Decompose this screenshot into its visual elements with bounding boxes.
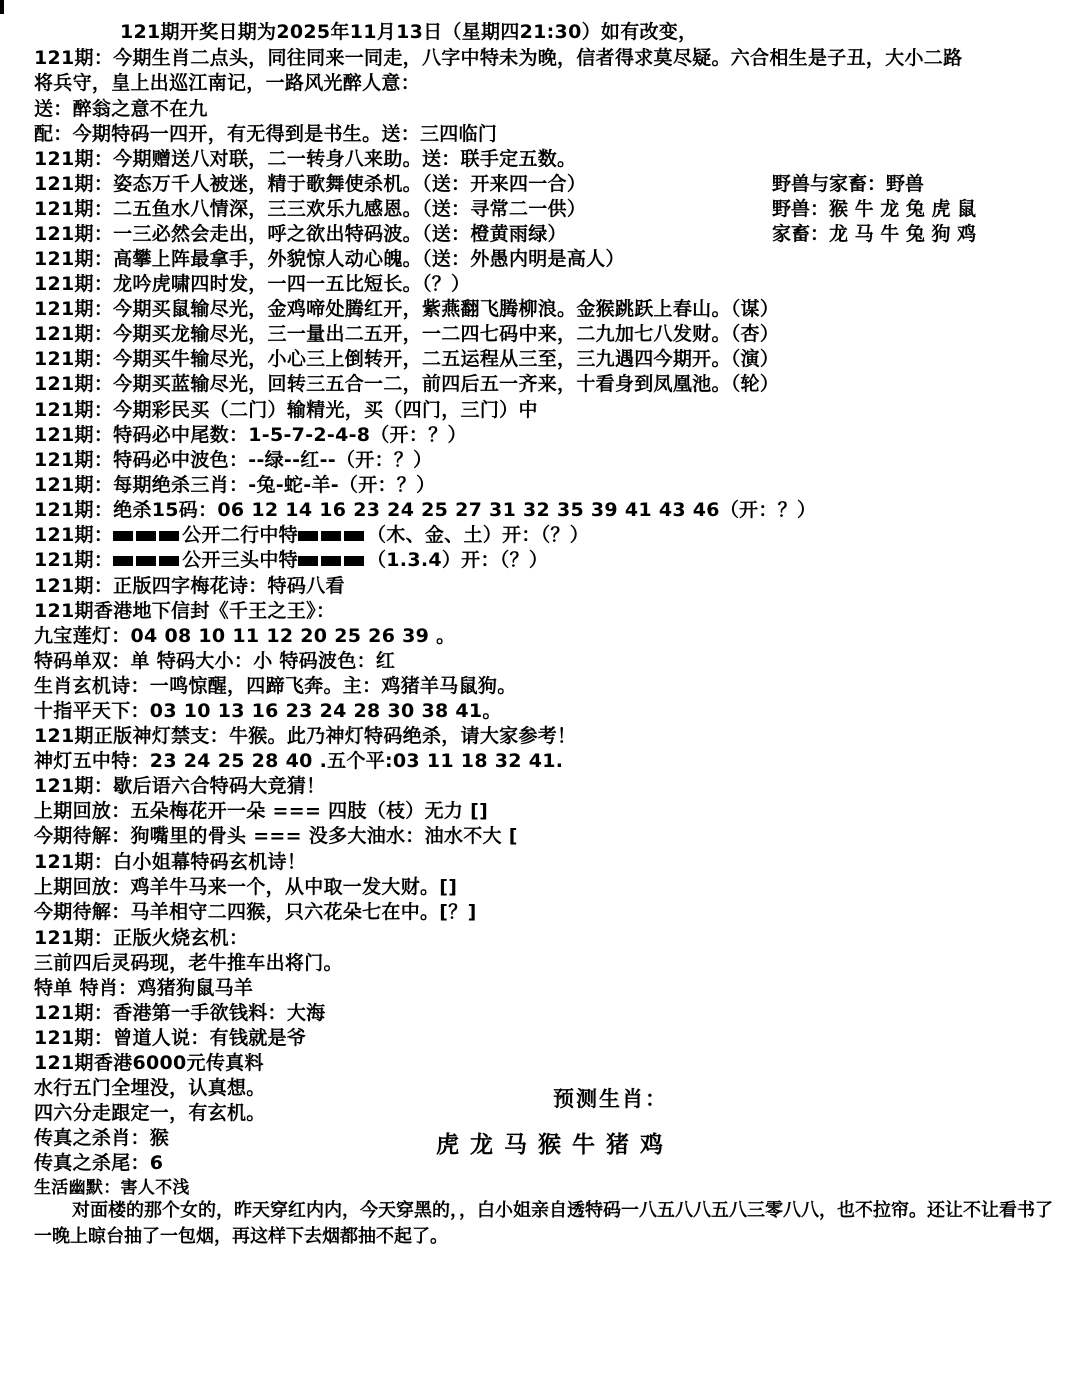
- text-line: 将兵守，皇上出巡江南记，一路风光醉人意：: [34, 71, 420, 96]
- text-line: 121期：高攀上阵最拿手，外貌惊人动心魄。（送：外愚内明是高人）: [34, 247, 625, 272]
- text-line: 121期：正版火烧玄机：: [34, 926, 248, 951]
- text-line: 生肖玄机诗：一鸣惊醒，四蹄飞奔。主：鸡猪羊马鼠狗。: [34, 674, 517, 699]
- wild-domestic-box: 野兽与家畜：野兽 野兽：猴 牛 龙 兔 虎 鼠 家畜：龙 马 牛 兔 狗 鸡: [772, 172, 976, 247]
- text-line: 121期：正版四字梅花诗：特码八看: [34, 574, 345, 599]
- text-line: 121期：白小姐幕特码玄机诗！: [34, 850, 306, 875]
- text-line: 121期：今期赠送八对联，二一转身八来助。送：联手定五数。: [34, 147, 576, 172]
- text-line: 121期：龙吟虎啸四时发，一四一五比短长。（？）: [34, 272, 470, 297]
- text-line: 121期：二五鱼水八情深，三三欢乐九感恩。（送：寻常二一供）: [34, 197, 586, 222]
- text-line: 送：醉翁之意不在九: [34, 97, 208, 122]
- text-line: 配：今期特码一四开，有无得到是书生。送：三四临门: [34, 122, 497, 147]
- text-line: 上期回放：五朵梅花开一朵 === 四肢（枝）无力 []: [34, 799, 488, 824]
- text-line: 三前四后灵码现，老牛推车出将门。: [34, 951, 343, 976]
- text-line: 121期：特码必中尾数：1-5-7-2-4-8（开：？）: [34, 423, 467, 448]
- text-line: 121期：今期买牛输尽光，小心三上倒转开，二五运程从三至，三九遇四今期开。（演）: [34, 347, 779, 372]
- text-line: 上期回放：鸡羊牛马来一个，从中取一发大财。[]: [34, 875, 457, 900]
- text-line: 传真之杀肖：猴: [34, 1126, 169, 1151]
- wild-animals-list: 野兽：猴 牛 龙 兔 虎 鼠: [772, 197, 976, 222]
- text-line: 传真之杀尾：6: [34, 1151, 163, 1176]
- text-line: 121期：绝杀15码：06 12 14 16 23 24 25 27 31 32…: [34, 498, 816, 523]
- text-line: 121期：香港第一手欲钱料：大海: [34, 1001, 325, 1026]
- bar-line-middle: 公开三头中特: [182, 549, 298, 571]
- text-line: 121期正版神灯禁支：牛猴。此乃神灯特码绝杀，请大家参考！: [34, 724, 576, 749]
- text-line: 121期：姿态万千人被迷，精于歌舞使杀机。（送：开来四一合）: [34, 172, 586, 197]
- domestic-animals-list: 家畜：龙 马 牛 兔 狗 鸡: [772, 222, 976, 247]
- text-line: 特单 特肖：鸡猪狗鼠马羊: [34, 976, 253, 1001]
- bar-line-suffix: （木、金、土）开：（？）: [367, 524, 589, 546]
- text-line: 121期香港6000元传真料: [34, 1051, 264, 1076]
- text-line: 特码单双：单 特码大小：小 特码波色：红: [34, 649, 395, 674]
- wild-domestic-title: 野兽与家畜：野兽: [772, 172, 976, 197]
- bar-line-middle: 公开二行中特: [182, 524, 298, 546]
- text-line: 十指平天下：03 10 13 16 23 24 28 30 38 41。: [34, 699, 502, 724]
- text-line: 121期：今期生肖二点头，同往同来一同走，八字中特未为晚，信者得求莫尽疑。六合相…: [34, 46, 962, 71]
- text-line: 121期：今期买鼠输尽光，金鸡啼处腾红开，紫燕翻飞腾柳浪。金猴跳跃上春山。（谋）: [34, 297, 779, 322]
- redacted-bars-icon: [113, 523, 182, 548]
- prediction-title: 预测生肖：: [553, 1083, 668, 1113]
- redacted-bars-icon: [298, 523, 367, 548]
- period-label: 121期：: [34, 524, 113, 546]
- draw-date-header: 121期开奖日期为2025年11月13日（星期四21:30）如有改变，: [120, 20, 697, 45]
- text-line: 121期：今期彩民买（二门）输精光，买（四门，三门）中: [34, 398, 538, 423]
- bar-line: 121期：公开三头中特（1.3.4）开：（？）: [34, 548, 548, 573]
- text-line: 九宝莲灯：04 08 10 11 12 20 25 26 39 。: [34, 624, 455, 649]
- bar-line-suffix: （1.3.4）开：（？）: [367, 549, 548, 571]
- text-line: 121期：今期买蓝输尽光，回转三五合一二，前四后五一齐来，十看身到凤凰池。（轮）: [34, 372, 779, 397]
- text-line: 121期香港地下信封《千王之王》：: [34, 599, 335, 624]
- humor-story: 对面楼的那个女的，昨天穿红内内，今天穿黑的，，白小姐亲自透特码一八五八八五八三零…: [34, 1198, 1070, 1250]
- text-line: 四六分走跟定一，有玄机。: [34, 1101, 266, 1126]
- bar-line: 121期：公开二行中特（木、金、土）开：（？）: [34, 523, 589, 548]
- text-line: 神灯五中特：23 24 25 28 40 .五个平:03 11 18 32 41…: [34, 749, 563, 774]
- period-label: 121期：: [34, 549, 113, 571]
- prediction-animals: 虎龙马猴牛猪鸡: [436, 1126, 674, 1159]
- corner-mark: [0, 0, 4, 14]
- text-line: 121期：一三必然会走出，呼之欲出特码波。（送：橙黄雨绿）: [34, 222, 567, 247]
- redacted-bars-icon: [298, 548, 367, 573]
- text-line: 今期待解：马羊相守二四猴，只六花朵七在中。[？]: [34, 900, 477, 925]
- text-line: 121期：特码必中波色：--绿--红--（开：？）: [34, 448, 432, 473]
- redacted-bars-icon: [113, 548, 182, 573]
- text-line: 今期待解：狗嘴里的骨头 === 没多大油水：油水不大 [: [34, 824, 518, 849]
- text-line: 121期：曾道人说：有钱就是爷: [34, 1026, 306, 1051]
- text-line: 121期：歇后语六合特码大竞猜！: [34, 774, 325, 799]
- text-line: 121期：今期买龙输尽光，三一量出二五开，一二四七码中来，二九加七八发财。（杏）: [34, 322, 779, 347]
- text-line: 121期：每期绝杀三肖：-兔-蛇-羊-（开：？）: [34, 473, 435, 498]
- text-line: 水行五门全埋没，认真想。: [34, 1076, 266, 1101]
